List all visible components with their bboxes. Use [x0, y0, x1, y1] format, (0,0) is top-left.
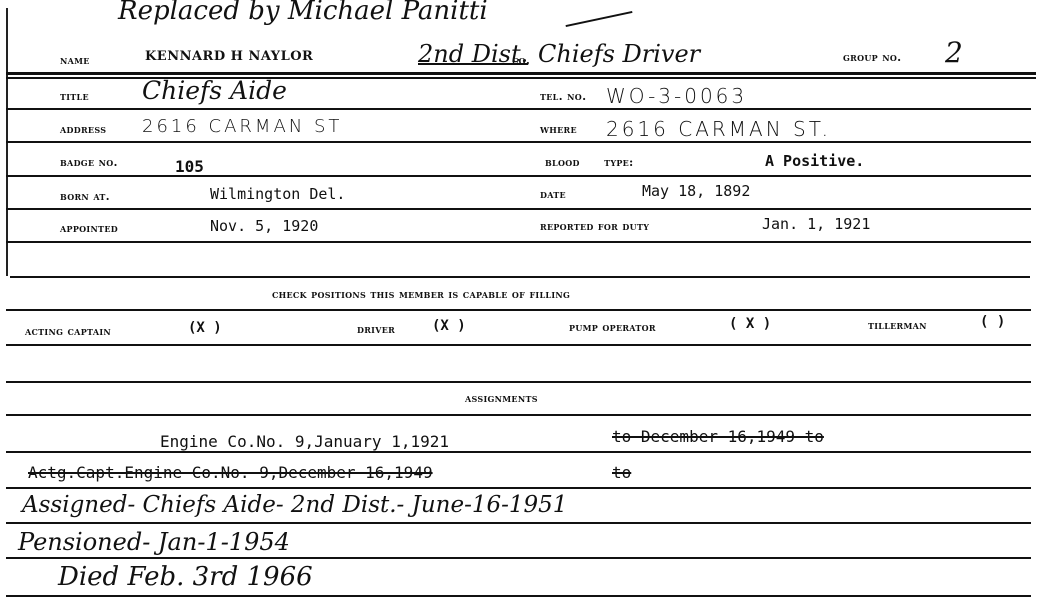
- born-at-value: Wilmington Del.: [210, 185, 345, 203]
- acting-captain-label: ACTING CAPTAIN: [25, 324, 111, 338]
- rule: [6, 381, 1031, 383]
- rule: [6, 522, 1031, 524]
- title-label: TITLE: [60, 89, 89, 103]
- appointed-value: Nov. 5, 1920: [210, 217, 318, 235]
- rule: [6, 175, 1031, 177]
- annotation-dash: [566, 11, 633, 27]
- rule: [6, 414, 1031, 416]
- assignment-line-3: Assigned- Chiefs Aide- 2nd Dist.- June-1…: [22, 492, 567, 518]
- title-value: Chiefs Aide: [142, 76, 287, 105]
- rule: [6, 208, 1031, 210]
- appointed-label: APPOINTED: [60, 221, 118, 235]
- pump-operator-label: PUMP OPERATOR: [569, 320, 656, 334]
- reported-for-duty-value: Jan. 1, 1921: [762, 215, 870, 233]
- replaced-by-annotation: Replaced by Michael Panitti: [118, 0, 488, 26]
- rule: [6, 487, 1031, 489]
- assignment-line-4: Pensioned- Jan-1-1954: [18, 528, 290, 556]
- acting-captain-checkbox[interactable]: (X ): [188, 320, 222, 336]
- birth-date-label: DATE: [540, 187, 566, 201]
- where-label: WHERE: [540, 122, 577, 136]
- blood-type-label: BLOOD TYPE:: [545, 155, 634, 169]
- name-label: NAME: [60, 53, 90, 67]
- where-value: 2616 CARMAN ST.: [606, 117, 831, 141]
- group-value: 2: [945, 36, 963, 69]
- rule: [6, 309, 1031, 311]
- co-label: CO.: [512, 53, 530, 67]
- rule: [6, 557, 1031, 559]
- tillerman-label: TILLERMAN: [868, 318, 927, 332]
- rule: [6, 241, 1031, 243]
- assignment-line-2b: to: [612, 463, 631, 482]
- badge-value: 105: [175, 157, 204, 176]
- assignment-line-2a: Actg.Capt.Engine Co.No. 9,December 16,19…: [28, 463, 433, 482]
- badge-label: BADGE NO.: [60, 155, 118, 169]
- rule: [6, 344, 1031, 346]
- tillerman-checkbox[interactable]: ( ): [980, 314, 1005, 330]
- assignment-line-5: Died Feb. 3rd 1966: [58, 562, 313, 592]
- rule: [6, 595, 1031, 597]
- driver-label: DRIVER: [357, 322, 395, 336]
- rule: [6, 451, 1031, 453]
- blood-type-value: A Positive.: [765, 152, 864, 170]
- group-label: GROUP NO.: [843, 50, 901, 64]
- address-value: 2616 CARMAN ST: [142, 116, 342, 137]
- birth-date-value: May 18, 1892: [642, 182, 750, 200]
- personnel-record-card: Replaced by Michael Panitti NAME KENNARD…: [0, 0, 1040, 600]
- name-value: KENNARD H NAYLOR: [145, 49, 313, 64]
- positions-heading: CHECK POSITIONS THIS MEMBER IS CAPABLE O…: [272, 287, 570, 301]
- rule: [6, 141, 1031, 143]
- co-value: Chiefs Driver: [538, 40, 700, 68]
- address-label: ADDRESS: [60, 122, 106, 136]
- assignment-line-1b: to December 16,1949 to: [612, 427, 824, 446]
- pump-operator-checkbox[interactable]: ( X ): [729, 316, 771, 332]
- assignment-line-1a: Engine Co.No. 9,January 1,1921: [160, 432, 449, 451]
- rule: [6, 108, 1031, 110]
- rule: [10, 276, 1030, 278]
- assignments-heading: ASSIGNMENTS: [465, 391, 538, 405]
- born-at-label: BORN AT.: [60, 189, 110, 203]
- rule: [6, 72, 1036, 75]
- tel-label: TEL. NO.: [540, 89, 586, 103]
- driver-checkbox[interactable]: (X ): [432, 318, 466, 334]
- tel-value: WO-3-0063: [606, 84, 747, 108]
- reported-for-duty-label: REPORTED FOR DUTY: [540, 219, 649, 233]
